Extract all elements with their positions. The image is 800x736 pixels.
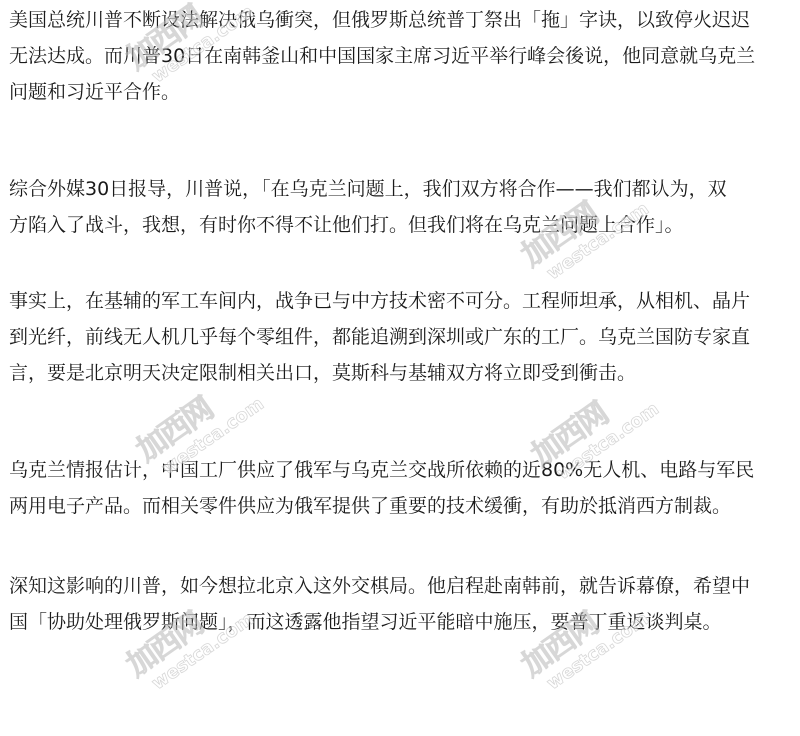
text-line: 问题和习近平合作。 — [9, 74, 755, 110]
text-line: 无法达成。而川普30日在南韩釜山和中国国家主席习近平举行峰会後说，他同意就乌克兰 — [9, 38, 755, 74]
paragraph-3: 事实上，在基辅的军工车间内，战争已与中方技术密不可分。工程师坦承，从相机、晶片 … — [9, 283, 750, 391]
text-line: 乌克兰情报估计，中国工厂供应了俄军与乌克兰交战所依赖的近80%无人机、电路与军民 — [9, 452, 754, 488]
text-line: 到光纤，前线无人机几乎每个零组件，都能追溯到深圳或广东的工厂。乌克兰国防专家直 — [9, 319, 750, 355]
text-line: 言，要是北京明天决定限制相关出口，莫斯科与基辅双方将立即受到衝击。 — [9, 355, 750, 391]
text-line: 事实上，在基辅的军工车间内，战争已与中方技术密不可分。工程师坦承，从相机、晶片 — [9, 283, 750, 319]
paragraph-1: 美国总统川普不断设法解决俄乌衝突，但俄罗斯总统普丁祭出「拖」字诀，以致停火迟迟 … — [9, 2, 755, 110]
paragraph-2: 综合外媒30日报导，川普说，「在乌克兰问题上，我们双方将合作——我们都认为，双 … — [9, 171, 727, 243]
text-line: 方陷入了战斗，我想，有时你不得不让他们打。但我们将在乌克兰问题上合作」。 — [9, 207, 727, 243]
text-line: 国「协助处理俄罗斯问题」，而这透露他指望习近平能暗中施压，要普丁重返谈判桌。 — [9, 604, 750, 640]
text-line: 美国总统川普不断设法解决俄乌衝突，但俄罗斯总统普丁祭出「拖」字诀，以致停火迟迟 — [9, 2, 755, 38]
paragraph-5: 深知这影响的川普，如今想拉北京入这外交棋局。他启程赴南韩前，就告诉幕僚，希望中 … — [9, 568, 750, 640]
text-line: 两用电子产品。而相关零件供应为俄军提供了重要的技术缓衝，有助於抵消西方制裁。 — [9, 488, 754, 524]
text-line: 深知这影响的川普，如今想拉北京入这外交棋局。他启程赴南韩前，就告诉幕僚，希望中 — [9, 568, 750, 604]
paragraph-4: 乌克兰情报估计，中国工厂供应了俄军与乌克兰交战所依赖的近80%无人机、电路与军民… — [9, 452, 754, 524]
text-line: 综合外媒30日报导，川普说，「在乌克兰问题上，我们双方将合作——我们都认为，双 — [9, 171, 727, 207]
